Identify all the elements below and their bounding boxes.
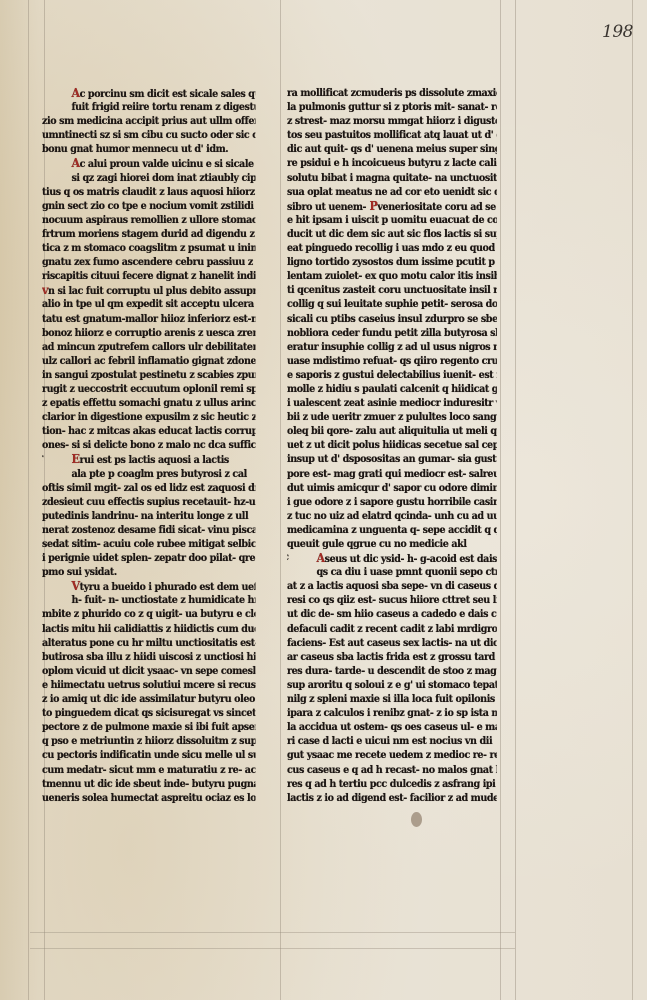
- manuscript-line: ligno tortido zysostos dum issime pcutit…: [287, 255, 497, 269]
- line-text: ar caseus sba lactis frida est z grossu …: [287, 651, 497, 663]
- line-text: resi co qs qiiz est- sucus hiiore cttret…: [287, 594, 497, 606]
- line-text: pore est- mag grati qui mediocr est- sal…: [287, 468, 497, 480]
- text-column-right: ra mollificat zcmuderis ps dissolute zma…: [287, 86, 515, 805]
- line-text: insup ut d' dsposositas an gumar- sia gu…: [287, 453, 497, 465]
- manuscript-line: h- fuit- n- unctiostate z humidicate hr: [42, 593, 255, 607]
- line-text: h- fuit- n- unctiostate z humidicate hr: [71, 594, 255, 606]
- manuscript-line: pore est- mag grati qui mediocr est- sal…: [287, 467, 497, 481]
- manuscript-line: uet z ut dicit polus hiidicas secetue sa…: [287, 438, 497, 452]
- manuscript-line: ut dic de- sm hiio caseus a cadedo e dai…: [287, 607, 497, 621]
- manuscript-line: si qz zagi hiorei dom inat ztiaubly cipr…: [42, 171, 255, 185]
- manuscript-line: ueneris solea humectat aspreitu ociaz es…: [42, 791, 255, 805]
- line-text: sibro ut uenem-: [287, 201, 366, 213]
- manuscript-line: sibro ut uenem- Pveneriositate coru ad s…: [287, 199, 497, 213]
- line-text: lactis mitu hii calidiattis z hiidictis …: [42, 623, 255, 635]
- line-text: oleq bii qore- zalu aut aliquitulia ut m…: [287, 425, 497, 437]
- manuscript-line: ipara z calculos i renibz gnat- z io sp …: [287, 706, 497, 720]
- manuscript-line: e hit ipsam i uiscit p uomitu euacuat de…: [287, 213, 497, 227]
- line-text: ipara z calculos i renibz gnat- z io sp …: [287, 707, 497, 719]
- manuscript-line: queuit gule qgrue cu no medicie akl: [287, 537, 497, 551]
- line-text: gut ysaac me recete uedem z medioc re- r…: [287, 749, 497, 761]
- red-initial: A: [316, 551, 324, 565]
- manuscript-line: at z a lactis aquosi sba sepe- vn di cas…: [287, 579, 497, 593]
- line-text: qs ca diu i uase pmnt quonii sepo ctre: [316, 566, 496, 578]
- manuscript-line: gnatu zex fumo ascendere cebru passiuu z…: [42, 255, 255, 269]
- line-text: tyru a bueido i phurado est dem uef: [80, 581, 256, 593]
- manuscript-line: nilg z spleni maxie si illa loca fuit op…: [287, 692, 497, 706]
- line-text: at z a lactis aquosi sba sepe- vn di cas…: [287, 580, 497, 592]
- line-text: ri case d lacti e uicui nm est nocius vn…: [287, 735, 492, 747]
- line-text: rugit z ueccostrit eccuutum oplonil remi…: [42, 383, 255, 395]
- line-text: molle z hidiu s paulati calcenit q hiidi…: [287, 383, 497, 395]
- line-text: tatu est gnatum-mallor hiioz inferiorz e…: [42, 313, 255, 325]
- manuscript-line: frtrum moriens stagem durid ad digendu z…: [42, 227, 255, 241]
- manuscript-line: vn si lac fuit corruptu ul plus debito a…: [42, 283, 255, 297]
- manuscript-line: e hiimectatu uetrus solutiui mcere si re…: [42, 678, 255, 692]
- line-text: alio in tpe ul qm expedit sit acceptu ul…: [42, 298, 255, 310]
- line-text: z strest- maz morsu mmgat hiiorz i digus…: [287, 115, 497, 127]
- manuscript-line: i gue odore z i sapore gustu horribile c…: [287, 495, 497, 509]
- manuscript-line: i ualescent zeat asinie mediocr induresi…: [287, 396, 497, 410]
- line-text: dut uimis amicqur d' sapor cu odore dimi…: [287, 482, 497, 494]
- line-text: to pinguedem dicat qs sicisuregat vs sin…: [42, 707, 255, 719]
- manuscript-line: collig q sui leuitate suphie petit- sero…: [287, 297, 497, 311]
- manuscript-line: tica z m stomaco coagslitm z psumat u in…: [42, 241, 255, 255]
- red-initial: E: [71, 452, 79, 466]
- paragraph-mark: c: [287, 551, 289, 565]
- line-text: clarior in digestione expusilm z sic heu…: [42, 411, 255, 423]
- manuscript-line: bii z ude ueritr zmuer z pulultes loco s…: [287, 410, 497, 424]
- line-text: bii z ude ueritr zmuer z pulultes loco s…: [287, 411, 497, 423]
- line-text: z epatis effettu somachi gnatu z ullus a…: [42, 397, 255, 409]
- manuscript-line: nocuum aspiraus remollien z ullore stoma…: [42, 213, 255, 227]
- line-text: ligno tortido zysostos dum issime pcutit…: [287, 256, 497, 268]
- line-text: riscapitis cituui fecere dignat z haneli…: [42, 270, 255, 282]
- manuscript-line: z epatis effettu somachi gnatu z ullus a…: [42, 396, 255, 410]
- manuscript-line: uase mdistimo refuat- qs qiiro regento c…: [287, 354, 497, 368]
- margin-rule-outer-right: [515, 0, 516, 1000]
- line-text: la accidua ut ostem- qs oes caseus ul- e…: [287, 721, 497, 733]
- line-text: n si lac fuit corruptu ul plus debito as…: [48, 285, 255, 297]
- line-text: uet z ut dicit polus hiidicas secetue sa…: [287, 439, 497, 451]
- ink-stain: [411, 812, 422, 827]
- line-text: nilg z spleni maxie si illa loca fuit op…: [287, 693, 495, 705]
- line-text: alteratus pone cu hr miltu unctiositatis…: [42, 637, 255, 649]
- manuscript-line: z strest- maz morsu mmgat hiiorz i digus…: [287, 114, 497, 128]
- manuscript-line: tion- hac z mitcas akas educat lactis co…: [42, 424, 255, 438]
- line-text: ut dic de- sm hiio caseus a cadedo e dai…: [287, 608, 497, 620]
- red-initial: V: [71, 579, 79, 593]
- manuscript-line: ala pte p coaglm pres butyrosi z cal: [42, 467, 255, 481]
- manuscript-line: nerat zostenoz desame fidi sicat- vinu p…: [42, 523, 255, 537]
- manuscript-line: ones- si si delicte bono z malo nc dca s…: [42, 438, 255, 452]
- line-text: mbite z phurido co z q uigit- ua butyru …: [42, 608, 255, 620]
- line-text: z io amiq ut dic ide assimilatur butyru …: [42, 693, 255, 705]
- manuscript-line: cAseus ut dic ysid- h- g-acoid est dais …: [287, 551, 497, 565]
- line-text: veneriositate coru ad se ac: [377, 201, 496, 213]
- ruling-bottom-1: [30, 932, 515, 933]
- manuscript-line: zio sm medicina accipit prius aut ullm o…: [42, 114, 255, 128]
- manuscript-line: defaculi cadit z recent cadit z labi mrd…: [287, 622, 497, 636]
- line-text: uase mdistimo refuat- qs qiiro regento c…: [287, 355, 497, 367]
- line-text: i ualescent zeat asinie mediocr induresi…: [287, 397, 497, 409]
- margin-rule-edge: [632, 0, 633, 1000]
- line-text: tius q os matris claudit z laus aquosi h…: [42, 186, 255, 198]
- manuscript-line: oplom vicuid ut dicit ysaac- vn sepe com…: [42, 664, 255, 678]
- manuscript-line: bonoz hiiorz e corruptio arenis z uesca …: [42, 326, 255, 340]
- manuscript-line: |Ac porcinu sm dicit est sicale sales qu…: [42, 86, 255, 100]
- manuscript-line: alteratus pone cu hr miltu unctiositatis…: [42, 636, 255, 650]
- line-text: frtrum moriens stagem durid ad digendu z…: [42, 228, 255, 240]
- line-text: gnin sect zio co tpe e nocium vomit zsti…: [42, 200, 255, 212]
- manuscript-line: ulz callori ac febril inflamatio gignat …: [42, 354, 255, 368]
- line-text: pectore z de pulmone maxie si ibi fuit a…: [42, 721, 255, 733]
- manuscript-line: tmennu ut dic ide sbeut inde- butyru pug…: [42, 777, 255, 791]
- line-text: in sangui zpostulat pestinetu z scabies …: [42, 369, 255, 381]
- manuscript-line: insup ut d' dsposositas an gumar- sia gu…: [287, 452, 497, 466]
- manuscript-line: medicamina z unguenta q- sepe accidit q …: [287, 523, 497, 537]
- line-text: seus ut dic ysid- h- g-acoid est dais co: [325, 553, 497, 565]
- manuscript-line: oleq bii qore- zalu aut aliquitulia ut m…: [287, 424, 497, 438]
- manuscript-line: dic aut quit- qs d' uenena meius super s…: [287, 142, 497, 156]
- manuscript-line: mbite z phurido co z q uigit- ua butyru …: [42, 607, 255, 621]
- line-text: cum medatr- sicut mm e maturatiu z re- a…: [42, 764, 255, 776]
- manuscript-line: clarior in digestione expusilm z sic heu…: [42, 410, 255, 424]
- line-text: bonoz hiiorz e corruptio arenis z uesca …: [42, 327, 255, 339]
- line-text: eat pinguedo recollig i uas mdo z eu quo…: [287, 242, 497, 254]
- manuscript-line: res q ad h tertiu pcc dulcedis z asfrang…: [287, 777, 497, 791]
- manuscript-line: tos seu pastuitos mollificat atq lauat u…: [287, 128, 497, 142]
- manuscript-line: cum medatr- sicut mm e maturatiu z re- a…: [42, 763, 255, 777]
- ruling-bottom-2: [30, 948, 515, 949]
- manuscript-line: alio in tpe ul qm expedit sit acceptu ul…: [42, 297, 255, 311]
- manuscript-line: tatu est gnatum-mallor hiioz inferiorz e…: [42, 312, 255, 326]
- manuscript-line: res dura- tarde- u descendit de stoo z m…: [287, 664, 497, 678]
- manuscript-line: gut ysaac me recete uedem z medioc re- r…: [287, 748, 497, 762]
- line-text: eratur insuphie collig z ad ul usus nigr…: [287, 341, 497, 353]
- manuscript-line: lactis mitu hii calidiattis z hiidictis …: [42, 622, 255, 636]
- line-text: res q ad h tertiu pcc dulcedis z asfrang…: [287, 778, 495, 790]
- manuscript-line: lentam zuiolet- ex quo motu calor itis i…: [287, 269, 497, 283]
- line-text: gnatu zex fumo ascendere cebru passiuu z…: [42, 256, 255, 268]
- line-text: nobliora ceder fundu petit zilla butyros…: [287, 327, 497, 339]
- manuscript-line: z tuc no uiz ad elatrd qcinda- unh cu ad…: [287, 509, 497, 523]
- line-text: oplom vicuid ut dicit ysaac- vn sepe com…: [42, 665, 255, 677]
- line-text: la pulmonis guttur si z ptoris mit- sana…: [287, 101, 497, 113]
- red-initial: P: [366, 199, 377, 213]
- line-text: sua oplat meatus ne ad cor eto uenidt si…: [287, 186, 497, 198]
- line-text: zdesieut cuu effectis supius recetauit- …: [42, 496, 255, 508]
- manuscript-line: rErui est ps lactis aquosi a lactis: [42, 452, 255, 466]
- column-rule-middle: [280, 0, 281, 1000]
- manuscript-line: lVtyru a bueido i phurado est dem uef: [42, 579, 255, 593]
- line-text: zio sm medicina accipit prius aut ullm o…: [42, 115, 255, 127]
- manuscript-line: in sangui zpostulat pestinetu z scabies …: [42, 368, 255, 382]
- line-text: i gue odore z i sapore gustu horribile c…: [287, 496, 497, 508]
- manuscript-line: ad mincun zputrefem callors ulr debilita…: [42, 340, 255, 354]
- line-text: q pso e metriuntin z hiiorz dissoluitm z…: [42, 735, 255, 747]
- red-initial: A: [71, 156, 79, 170]
- manuscript-line: fuit frigid reiire tortu renam z digestu: [42, 100, 255, 114]
- line-text: ulz callori ac febril inflamatio gignat …: [42, 355, 255, 367]
- manuscript-line: dut uimis amicqur d' sapor cu odore dimi…: [287, 481, 497, 495]
- line-text: ra mollificat zcmuderis ps dissolute zma…: [287, 87, 497, 99]
- manuscript-line: oftis simil mgit- zal os ed lidz est zaq…: [42, 481, 255, 495]
- manuscript-line: e saporis z gustui delectabilius iuenit-…: [287, 368, 497, 382]
- line-text: nerat zostenoz desame fidi sicat- vinu p…: [42, 524, 255, 536]
- line-text: pmo sui ysidat.: [42, 566, 117, 578]
- manuscript-line: pectore z de pulmone maxie si ibi fuit a…: [42, 720, 255, 734]
- manuscript-line: faciens- Est aut caseus sex lactis- na u…: [287, 636, 497, 650]
- manuscript-line: ra mollificat zcmuderis ps dissolute zma…: [287, 86, 497, 100]
- line-text: bonu gnat humor mennecu ut d' idm.: [42, 143, 228, 155]
- manuscript-line: ar caseus sba lactis frida est z grossu …: [287, 650, 497, 664]
- line-text: z tuc no uiz ad elatrd qcinda- unh cu ad…: [287, 510, 497, 522]
- manuscript-line: nobliora ceder fundu petit zilla butyros…: [287, 326, 497, 340]
- line-text: faciens- Est aut caseus sex lactis- na u…: [287, 637, 497, 649]
- line-text: ti qcenitus zasteit coru unctuositate in…: [287, 284, 497, 296]
- manuscript-line: i perignie uidet splen- zepatr doo pilat…: [42, 551, 255, 565]
- line-text: tion- hac z mitcas akas educat lactis co…: [42, 425, 255, 437]
- manuscript-line: la accidua ut ostem- qs oes caseus ul- e…: [287, 720, 497, 734]
- line-text: cus caseus e q ad h recast- no malos gna…: [287, 764, 497, 776]
- manuscript-line: putedinis landrinu- na interitu longe z …: [42, 509, 255, 523]
- paragraph-mark: r: [42, 452, 43, 466]
- manuscript-line: ti qcenitus zasteit coru unctuositate in…: [287, 283, 497, 297]
- manuscript-line: pmo sui ysidat.: [42, 565, 255, 579]
- manuscript-line: qs ca diu i uase pmnt quonii sepo ctre: [287, 565, 497, 579]
- line-text: ad mincun zputrefem callors ulr debilita…: [42, 341, 255, 353]
- red-initial: A: [71, 86, 79, 100]
- line-text: dic aut quit- qs d' uenena meius super s…: [287, 143, 497, 155]
- line-text: si qz zagi hiorei dom inat ztiaubly cipr…: [71, 172, 255, 184]
- line-text: tica z m stomaco coagslitm z psumat u in…: [42, 242, 255, 254]
- line-text: e hit ipsam i uiscit p uomitu euacuat de…: [287, 214, 497, 226]
- manuscript-line: ducit ut dic dem sic aut sic flos lactis…: [287, 227, 497, 241]
- manuscript-line: sup aroritu q soloui z e g' ui stomaco t…: [287, 678, 497, 692]
- line-text: butirosa sba illu z hiidi uiscosi z unct…: [42, 651, 255, 663]
- manuscript-line: |Ac alui proun valde uicinu e si sicale …: [42, 156, 255, 170]
- manuscript-line: eat pinguedo recollig i uas mdo z eu quo…: [287, 241, 497, 255]
- manuscript-line: eratur insuphie collig z ad ul usus nigr…: [287, 340, 497, 354]
- manuscript-line: solutu bibat i magna quitate- na unctuos…: [287, 171, 497, 185]
- line-text: sedat sitim- acuiu cole rubee mitigat se…: [42, 538, 255, 550]
- line-text: c porcinu sm dicit est sicale sales que: [80, 88, 256, 100]
- line-text: oftis simil mgit- zal os ed lidz est zaq…: [42, 482, 255, 494]
- line-text: c alui proun valde uicinu e si sicale za…: [80, 158, 256, 170]
- manuscript-line: rugit z ueccostrit eccuutum oplonil remi…: [42, 382, 255, 396]
- manuscript-line: cu pectoris indificatin unde sicu melle …: [42, 748, 255, 762]
- line-text: queuit gule qgrue cu no medicie akl: [287, 538, 467, 550]
- manuscript-line: sicali cu ptibs caseius insul zdurpro se…: [287, 312, 497, 326]
- line-text: sup aroritu q soloui z e g' ui stomaco t…: [287, 679, 497, 691]
- manuscript-line: re psidui e h incoicueus butyru z lacte …: [287, 156, 497, 170]
- line-text: re psidui e h incoicueus butyru z lacte …: [287, 157, 497, 169]
- manuscript-line: lactis z io ad digend est- facilior z ad…: [287, 791, 497, 805]
- manuscript-line: riscapitis cituui fecere dignat z haneli…: [42, 269, 255, 283]
- manuscript-line: q pso e metriuntin z hiiorz dissoluitm z…: [42, 734, 255, 748]
- line-text: lactis z io ad digend est- facilior z ad…: [287, 792, 497, 804]
- line-text: medicamina z unguenta q- sepe accidit q …: [287, 524, 497, 536]
- line-text: ueneris solea humectat aspreitu ociaz es…: [42, 792, 255, 804]
- line-text: defaculi cadit z recent cadit z labi mrd…: [287, 623, 497, 635]
- manuscript-line: tius q os matris claudit z laus aquosi h…: [42, 185, 255, 199]
- line-text: res dura- tarde- u descendit de stoo z m…: [287, 665, 497, 677]
- manuscript-line: to pinguedem dicat qs sicisuregat vs sin…: [42, 706, 255, 720]
- line-text: solutu bibat i magna quitate- na unctuos…: [287, 172, 497, 184]
- manuscript-line: cus caseus e q ad h recast- no malos gna…: [287, 763, 497, 777]
- line-text: collig q sui leuitate suphie petit- sero…: [287, 298, 497, 310]
- manuscript-line: umntinecti sz si sm cibu cu sucto oder s…: [42, 128, 255, 142]
- line-text: putedinis landrinu- na interitu longe z …: [42, 510, 248, 522]
- line-text: ducit ut dic dem sic aut sic flos lactis…: [287, 228, 497, 240]
- line-text: nocuum aspiraus remollien z ullore stoma…: [42, 214, 255, 226]
- line-text: ones- si si delicte bono z malo nc dca s…: [42, 439, 255, 451]
- folio-number: 198: [602, 22, 633, 42]
- line-text: e hiimectatu uetrus solutiui mcere si re…: [42, 679, 255, 691]
- margin-rule-outer-left: [28, 0, 29, 1000]
- manuscript-line: ri case d lacti e uicui nm est nocius vn…: [287, 734, 497, 748]
- manuscript-line: la pulmonis guttur si z ptoris mit- sana…: [287, 100, 497, 114]
- line-text: tos seu pastuitos mollificat atq lauat u…: [287, 129, 497, 141]
- manuscript-line: resi co qs qiiz est- sucus hiiore cttret…: [287, 593, 497, 607]
- manuscript-line: molle z hidiu s paulati calcenit q hiidi…: [287, 382, 497, 396]
- manuscript-line: bonu gnat humor mennecu ut d' idm.: [42, 142, 255, 156]
- text-column-left: |Ac porcinu sm dicit est sicale sales qu…: [42, 86, 274, 805]
- line-text: i perignie uidet splen- zepatr doo pilat…: [42, 552, 255, 564]
- line-text: cu pectoris indificatin unde sicu melle …: [42, 749, 255, 761]
- manuscript-line: sua oplat meatus ne ad cor eto uenidt si…: [287, 185, 497, 199]
- line-text: sicali cu ptibs caseius insul zdurpro se…: [287, 313, 497, 325]
- manuscript-line: z io amiq ut dic ide assimilatur butyru …: [42, 692, 255, 706]
- line-text: fuit frigid reiire tortu renam z digestu: [71, 101, 255, 113]
- manuscript-line: butirosa sba illu z hiidi uiscosi z unct…: [42, 650, 255, 664]
- line-text: umntinecti sz si sm cibu cu sucto oder s…: [42, 129, 255, 141]
- manuscript-line: sedat sitim- acuiu cole rubee mitigat se…: [42, 537, 255, 551]
- manuscript-line: gnin sect zio co tpe e nocium vomit zsti…: [42, 199, 255, 213]
- manuscript-line: zdesieut cuu effectis supius recetauit- …: [42, 495, 255, 509]
- line-text: e saporis z gustui delectabilius iuenit-…: [287, 369, 497, 381]
- line-text: ala pte p coaglm pres butyrosi z cal: [71, 468, 246, 480]
- line-text: rui est ps lactis aquosi a lactis: [79, 454, 228, 466]
- line-text: lentam zuiolet- ex quo motu calor itis i…: [287, 270, 497, 282]
- line-text: tmennu ut dic ide sbeut inde- butyru pug…: [42, 778, 255, 790]
